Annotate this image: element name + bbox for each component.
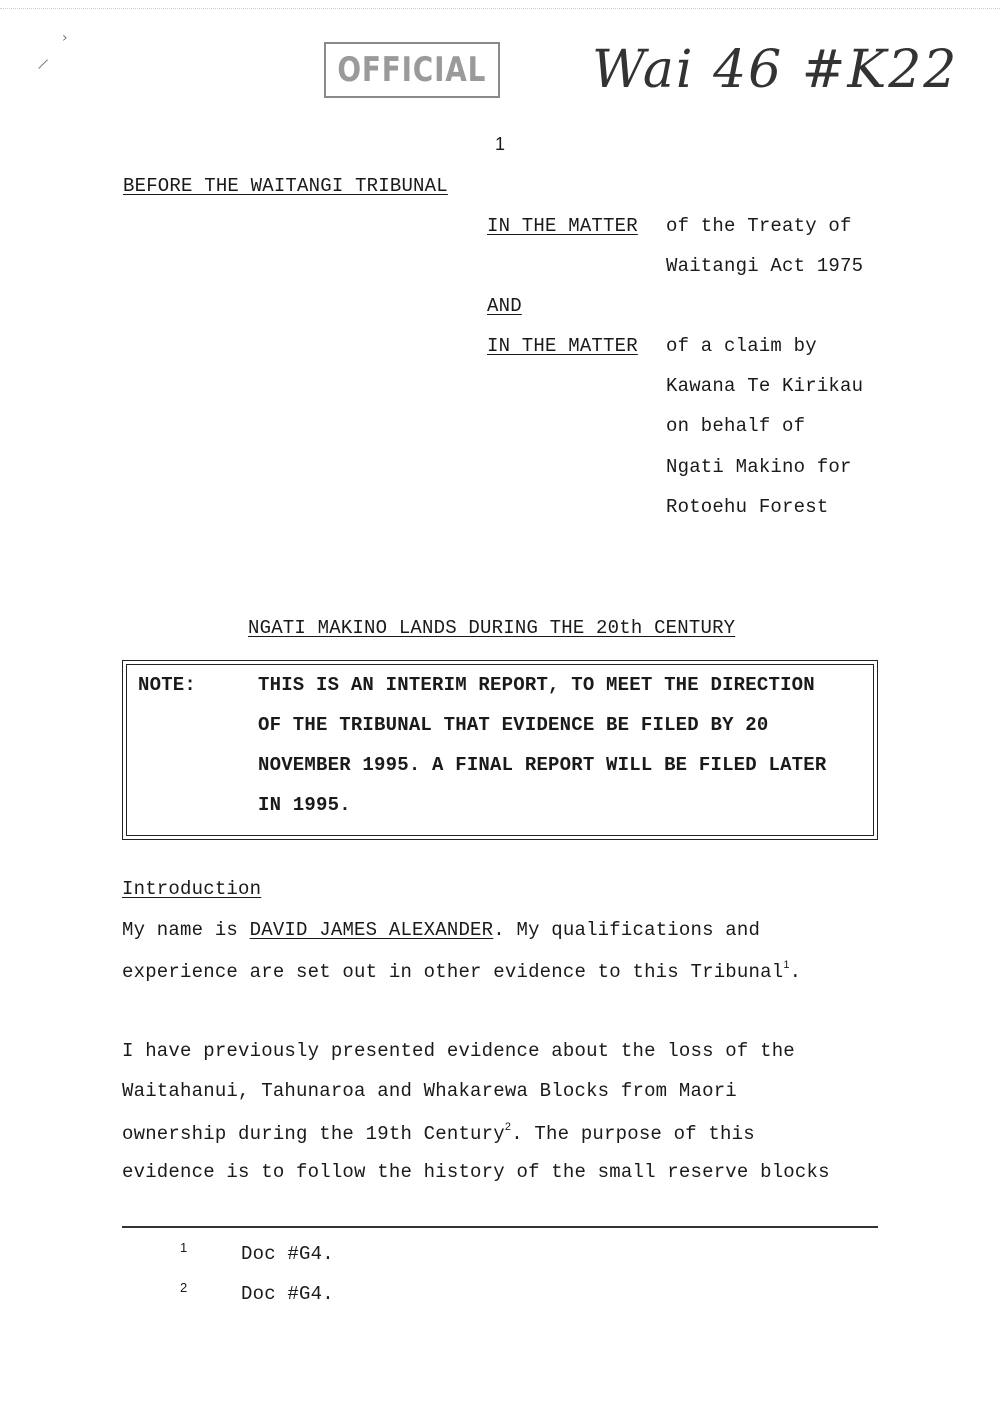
scan-top-edge: [0, 0, 1000, 9]
note-label: NOTE:: [138, 674, 196, 696]
paragraph-line: evidence is to follow the history of the…: [122, 1161, 830, 1183]
matter-text-line: of the Treaty of: [666, 215, 852, 237]
text-span: experience are set out in other evidence…: [122, 961, 783, 983]
note-line: IN 1995.: [258, 794, 351, 816]
text-span: . My qualifications and: [493, 919, 760, 941]
footnote-text: Doc #G4.: [241, 1283, 334, 1305]
matter-label-2: IN THE MATTER: [487, 335, 638, 357]
matter-text-line: on behalf of: [666, 415, 805, 437]
matter-text-line: Ngati Makino for: [666, 456, 852, 478]
page-number: 1: [495, 134, 505, 155]
text-span: My name is: [122, 919, 250, 941]
handwritten-reference: Wai 46 #K22: [592, 40, 958, 100]
and-label: AND: [487, 295, 522, 317]
footnote-number: 2: [180, 1280, 187, 1295]
margin-mark: ›: [62, 30, 68, 46]
text-span: . The purpose of this: [511, 1123, 755, 1145]
matter-text-line: Rotoehu Forest: [666, 496, 828, 518]
paragraph-line: ownership during the 19th Century2. The …: [122, 1121, 755, 1145]
text-span: .: [790, 961, 802, 983]
court-heading: BEFORE THE WAITANGI TRIBUNAL: [123, 175, 448, 197]
paragraph-line: My name is DAVID JAMES ALEXANDER. My qua…: [122, 919, 760, 941]
matter-label-1: IN THE MATTER: [487, 215, 638, 237]
note-line: THIS IS AN INTERIM REPORT, TO MEET THE D…: [258, 674, 815, 696]
matter-text-line: Kawana Te Kirikau: [666, 375, 863, 397]
text-span: ownership during the 19th Century: [122, 1123, 505, 1145]
paragraph-line: Waitahanui, Tahunaroa and Whakarewa Bloc…: [122, 1080, 737, 1102]
document-title: NGATI MAKINO LANDS DURING THE 20th CENTU…: [248, 617, 735, 639]
section-heading-introduction: Introduction: [122, 878, 261, 900]
margin-mark: —: [32, 53, 53, 74]
footnote-separator: [122, 1226, 878, 1228]
matter-text-line: Waitangi Act 1975: [666, 255, 863, 277]
footnote-text: Doc #G4.: [241, 1243, 334, 1265]
paragraph-line: experience are set out in other evidence…: [122, 959, 801, 983]
matter-text-line: of a claim by: [666, 335, 817, 357]
note-line: OF THE TRIBUNAL THAT EVIDENCE BE FILED B…: [258, 714, 768, 736]
official-stamp: OFFICIAL: [324, 42, 500, 98]
author-name: DAVID JAMES ALEXANDER: [250, 919, 494, 941]
note-line: NOVEMBER 1995. A FINAL REPORT WILL BE FI…: [258, 754, 827, 776]
paragraph-line: I have previously presented evidence abo…: [122, 1040, 795, 1062]
footnote-number: 1: [180, 1240, 187, 1255]
